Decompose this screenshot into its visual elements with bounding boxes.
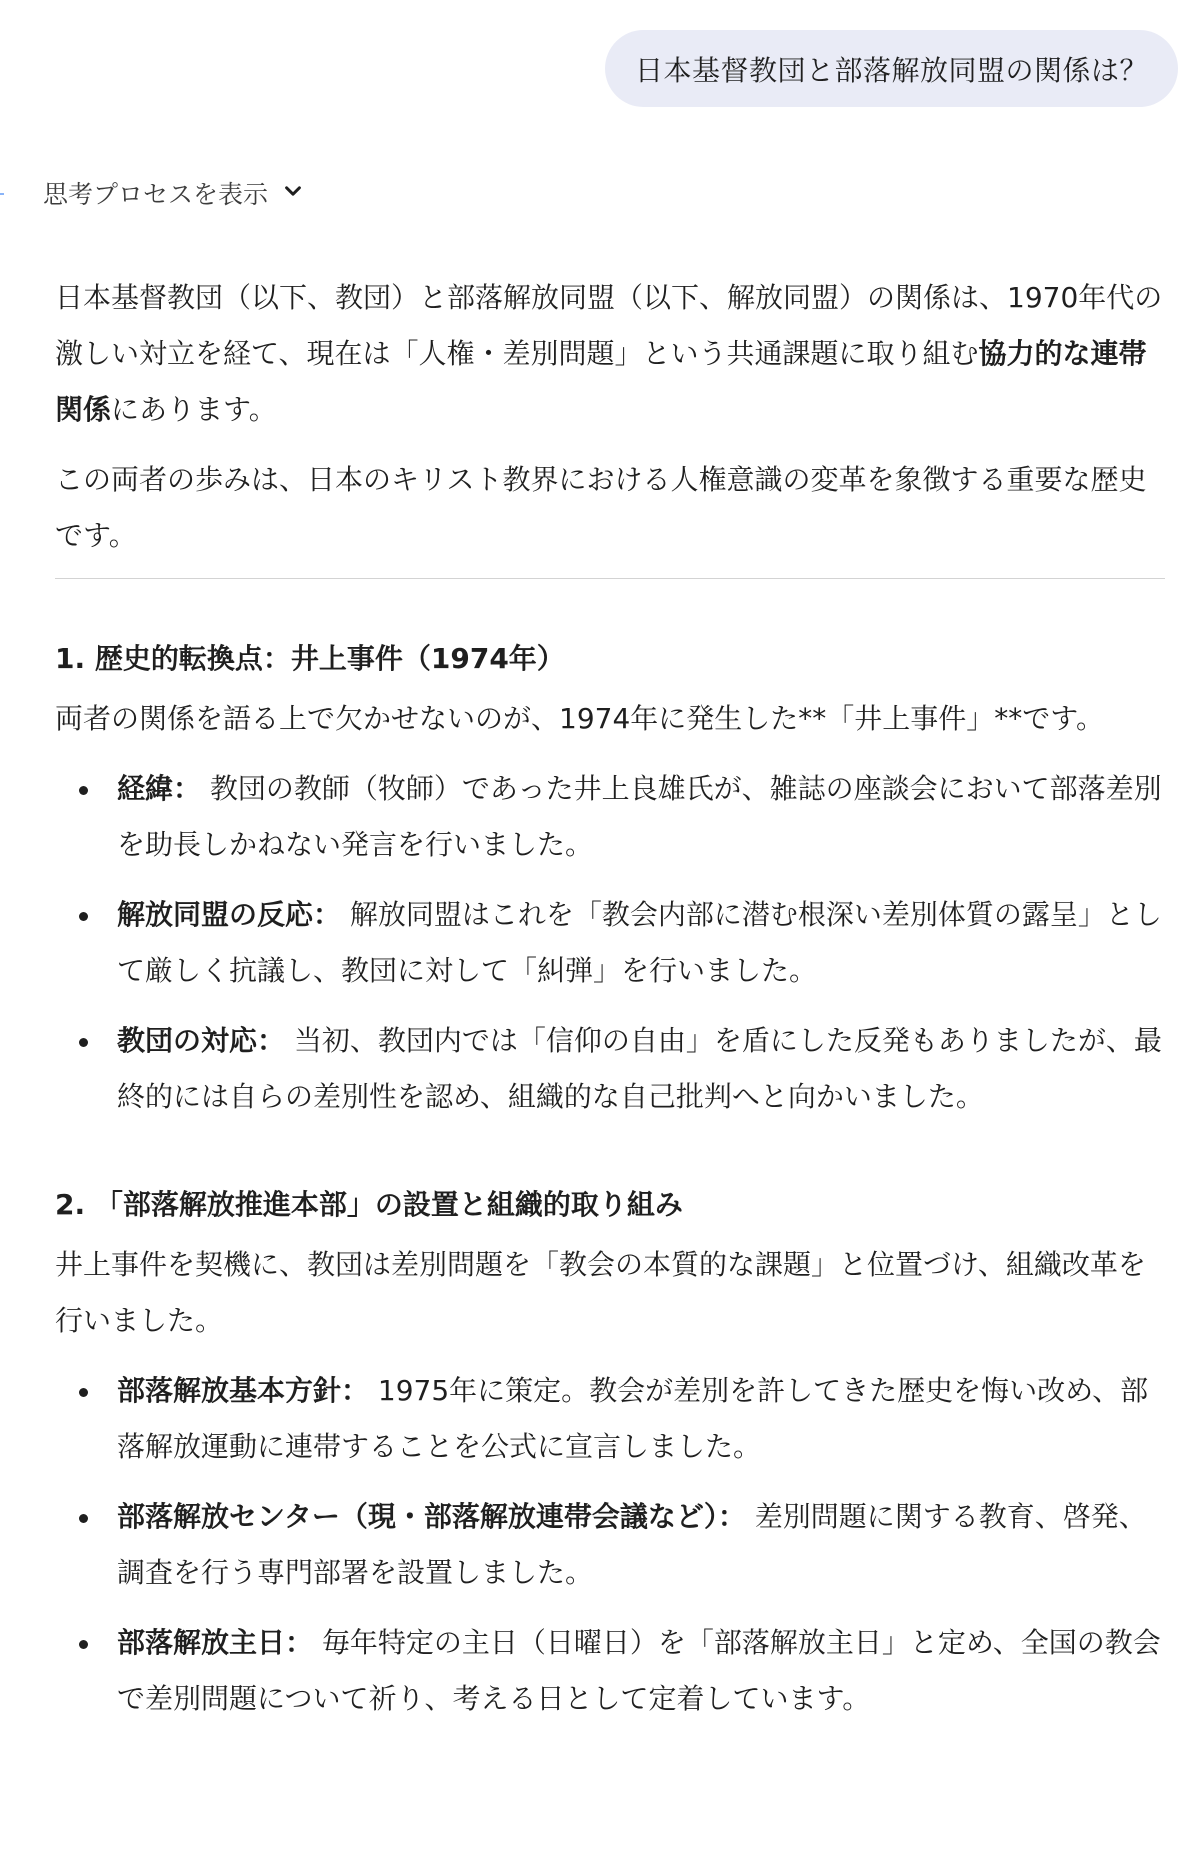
list-item: 解放同盟の反応： 解放同盟はこれを「教会内部に潜む根深い差別体質の露呈」として厳… bbox=[55, 887, 1165, 999]
section-2: 2. 「部落解放推進本部」の設置と組織的取り組み 井上事件を契機に、教団は差別問… bbox=[55, 1177, 1165, 1727]
list-item: 経緯： 教団の教師（牧師）であった井上良雄氏が、雑誌の座談会において部落差別を助… bbox=[55, 761, 1165, 873]
section-lead: 両者の関係を語る上で欠かせないのが、1974年に発生した**「井上事件」**です… bbox=[55, 691, 1165, 747]
list-item: 教団の対応： 当初、教団内では「信仰の自由」を盾にした反発もありましたが、最終的… bbox=[55, 1013, 1165, 1125]
list-item-label: 部落解放センター（現・部落解放連帯会議など）： bbox=[117, 1500, 746, 1533]
intro-paragraph: 日本基督教団（以下、教団）と部落解放同盟（以下、解放同盟）の関係は、1970年代… bbox=[55, 270, 1165, 438]
section-heading: 1. 歴史的転換点：井上事件（1974年） bbox=[55, 631, 1165, 687]
thinking-indicator-dot bbox=[0, 193, 4, 195]
list-item-label: 教団の対応： bbox=[117, 1024, 285, 1057]
list-item: 部落解放センター（現・部落解放連帯会議など）： 差別問題に関する教育、啓発、調査… bbox=[55, 1489, 1165, 1601]
list-item-label: 部落解放主日： bbox=[117, 1626, 313, 1659]
list-item-label: 経緯： bbox=[117, 772, 201, 805]
section-heading: 2. 「部落解放推進本部」の設置と組織的取り組み bbox=[55, 1177, 1165, 1233]
intro-text-end: にあります。 bbox=[111, 393, 277, 426]
intro-paragraph-2: この両者の歩みは、日本のキリスト教界における人権意識の変革を象徴する重要な歴史で… bbox=[55, 452, 1165, 564]
bullet-list: 経緯： 教団の教師（牧師）であった井上良雄氏が、雑誌の座談会において部落差別を助… bbox=[55, 761, 1165, 1125]
list-item: 部落解放主日： 毎年特定の主日（日曜日）を「部落解放主日」と定め、全国の教会で差… bbox=[55, 1615, 1165, 1727]
divider bbox=[55, 578, 1165, 579]
show-thinking-label: 思考プロセスを表示 bbox=[43, 175, 268, 211]
list-item-label: 解放同盟の反応： bbox=[117, 898, 341, 931]
list-item: 部落解放基本方針： 1975年に策定。教会が差別を許してきた歴史を悔い改め、部落… bbox=[55, 1363, 1165, 1475]
bullet-list: 部落解放基本方針： 1975年に策定。教会が差別を許してきた歴史を悔い改め、部落… bbox=[55, 1363, 1165, 1727]
section-1: 1. 歴史的転換点：井上事件（1974年） 両者の関係を語る上で欠かせないのが、… bbox=[55, 631, 1165, 1125]
assistant-response: 日本基督教団（以下、教団）と部落解放同盟（以下、解放同盟）の関係は、1970年代… bbox=[55, 270, 1165, 1741]
show-thinking-button[interactable]: 思考プロセスを表示 bbox=[43, 175, 304, 211]
list-item-label: 部落解放基本方針： bbox=[117, 1374, 369, 1407]
user-message-text: 日本基督教団と部落解放同盟の関係は？ bbox=[635, 49, 1148, 89]
user-message-bubble: 日本基督教団と部落解放同盟の関係は？ bbox=[605, 30, 1178, 107]
section-lead: 井上事件を契機に、教団は差別問題を「教会の本質的な課題」と位置づけ、組織改革を行… bbox=[55, 1237, 1165, 1349]
list-item-text: 教団の教師（牧師）であった井上良雄氏が、雑誌の座談会において部落差別を助長しかね… bbox=[117, 772, 1162, 861]
chevron-down-icon bbox=[282, 179, 304, 208]
